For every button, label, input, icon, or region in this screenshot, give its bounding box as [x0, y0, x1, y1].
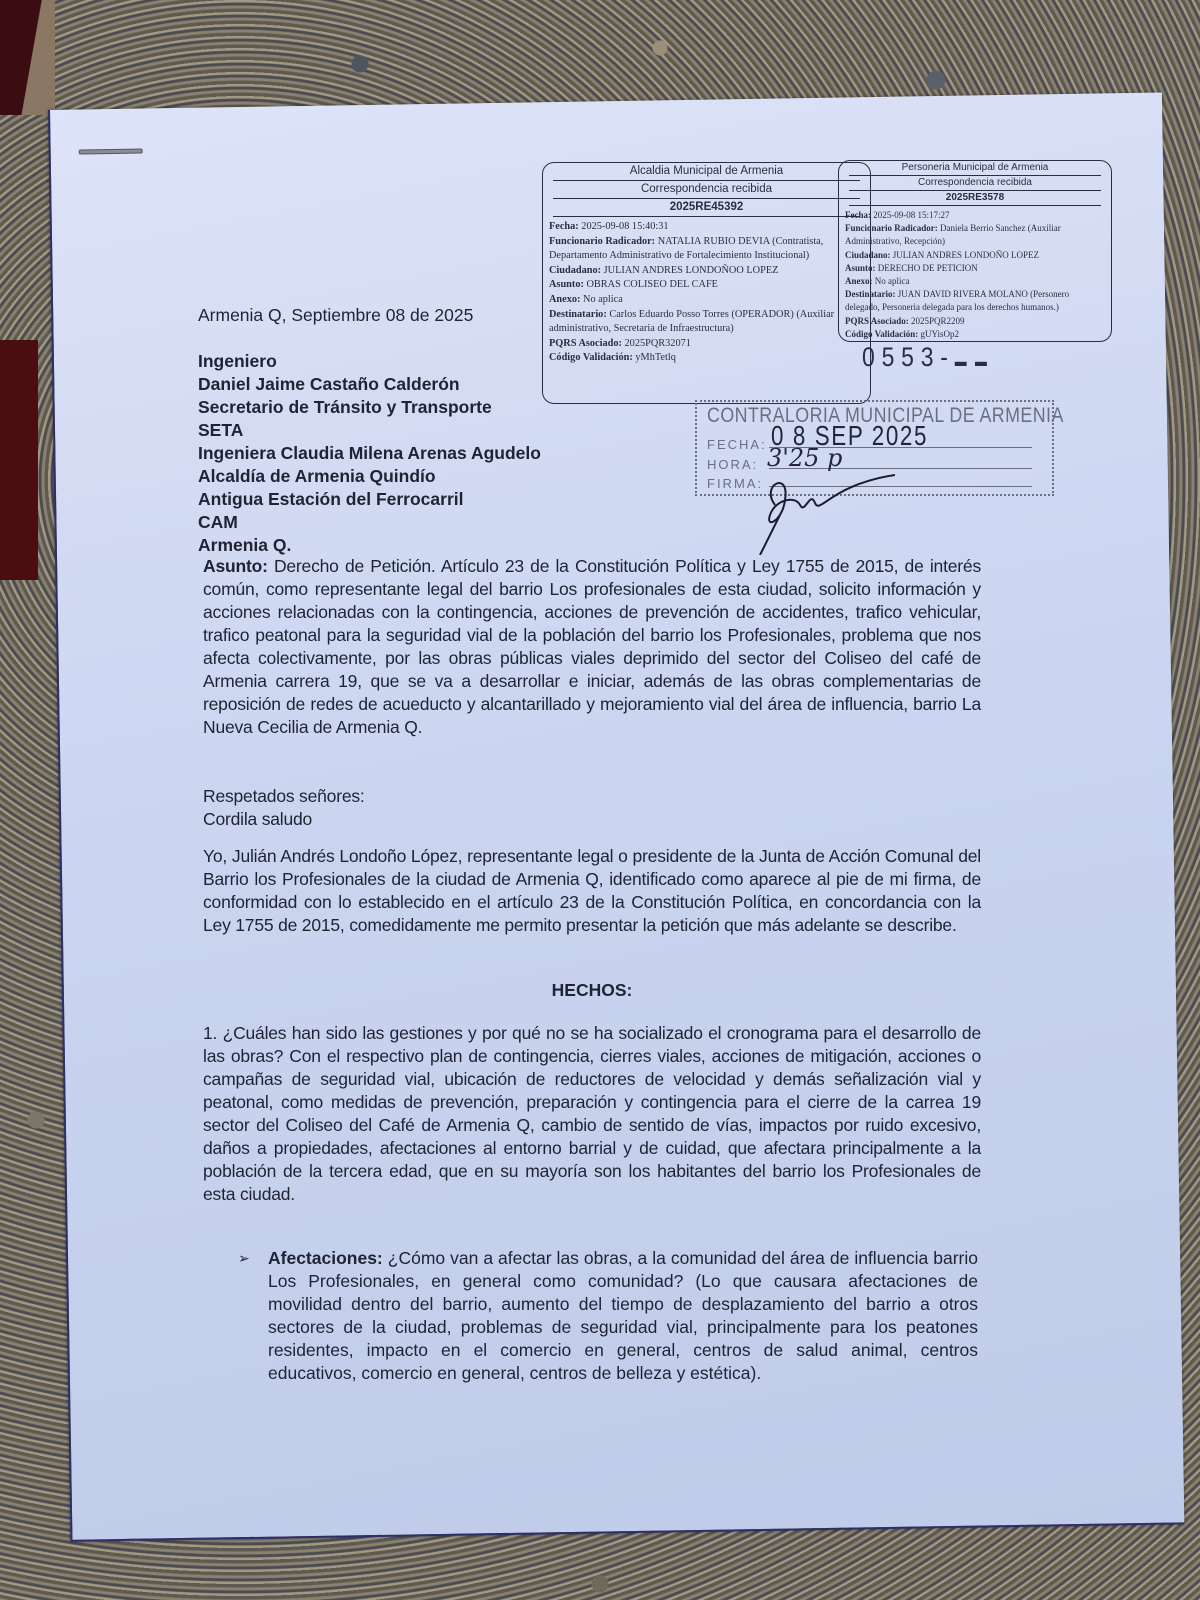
addressee-line: Ingeniero — [198, 350, 541, 373]
stamp-field-label: Código Validación: — [549, 352, 633, 363]
stamp-field: Código Validación: yMhTetlq — [549, 351, 864, 366]
stamp-field-label: Funcionario Radicador: — [549, 236, 655, 247]
subject-text: Derecho de Petición. Artículo 23 de la C… — [203, 556, 981, 737]
addressee-line: Secretario de Tránsito y Transporte — [198, 396, 541, 419]
stamp-field: Destinatario: Carlos Eduardo Posso Torre… — [549, 308, 864, 337]
stamp-field-label: Código Validación: — [845, 329, 918, 339]
stamp-number: 2025RE45392 — [553, 199, 860, 217]
stamp-field-label: Fecha: — [845, 210, 871, 220]
arrow-bullet-icon: ➢ — [238, 1247, 250, 1270]
signature-icon — [755, 445, 895, 555]
stamp-field-label: PQRS Asociado: — [549, 338, 622, 349]
addressee-line: Armenia Q. — [198, 534, 541, 557]
letter-content: Alcaldia Municipal de Armenia Correspond… — [50, 110, 1162, 1540]
stamp-field-label: Anexo: — [549, 294, 580, 305]
stamp-field: Anexo: No aplica — [845, 275, 1105, 288]
letter-page: Alcaldia Municipal de Armenia Correspond… — [48, 93, 1184, 1542]
stamp-fields: Fecha: 2025-09-08 15:40:31Funcionario Ra… — [543, 217, 870, 366]
stamp-field-value: No aplica — [872, 276, 909, 286]
addressee-line: Alcaldía de Armenia Quindío — [198, 465, 541, 488]
stamp-field-value: yMhTetlq — [633, 352, 676, 363]
stamp-subtitle: Correspondencia recibida — [553, 181, 860, 199]
stamp-field-value: 2025PQR2209 — [909, 316, 965, 326]
stamp-field-label: Asunto: — [845, 263, 876, 273]
addressee-line: Ingeniera Claudia Milena Arenas Agudelo — [198, 442, 541, 465]
stamp-field-label: Asunto: — [549, 279, 584, 290]
stamp-field-label: PQRS Asociado: — [845, 316, 909, 326]
stamp-field-label: Fecha: — [549, 221, 579, 232]
stamp-field: Código Validación: gUYisOp2 — [845, 328, 1105, 341]
radicado-number: 0553-▬ ▬ — [862, 342, 989, 373]
afectaciones-text: ¿Cómo van a afectar las obras, a la comu… — [268, 1248, 978, 1383]
stamp-alcaldia: Alcaldia Municipal de Armenia Correspond… — [542, 162, 871, 404]
background-red-object — [0, 340, 38, 580]
stamp-field-value: 2025PQR32071 — [622, 338, 691, 349]
stamp-field-value: gUYisOp2 — [918, 329, 959, 339]
stamp-field: Anexo: No aplica — [549, 293, 864, 308]
section-title: HECHOS: — [203, 980, 981, 1001]
stamp-entity: Alcaldia Municipal de Armenia — [553, 163, 860, 181]
stamp-field-value: 2025-09-08 15:17:27 — [871, 210, 950, 220]
stamp-field: PQRS Asociado: 2025PQR2209 — [845, 315, 1105, 328]
greeting-line-2: Cordila saludo — [203, 808, 981, 831]
stamp-subtitle: Correspondencia recibida — [849, 176, 1101, 191]
stamp-field: Asunto: DERECHO DE PETICION — [845, 262, 1105, 275]
stamp-personeria: Personeria Municipal de Armenia Correspo… — [838, 160, 1112, 342]
afectaciones-label: Afectaciones: — [268, 1248, 383, 1268]
afectaciones-bullet: ➢ Afectaciones: ¿Cómo van a afectar las … — [238, 1247, 978, 1385]
addressee-block: IngenieroDaniel Jaime Castaño CalderónSe… — [198, 350, 541, 557]
addressee-line: CAM — [198, 511, 541, 534]
addressee-line: Antigua Estación del Ferrocarril — [198, 488, 541, 511]
stamp-field-label: Ciudadano: — [845, 250, 891, 260]
stamp-field-value: No aplica — [580, 294, 622, 305]
stamp-field: Asunto: OBRAS COLISEO DEL CAFE — [549, 278, 864, 293]
hora-label: HORA: — [707, 457, 758, 472]
stamp-field: Funcionario Radicador: Daniela Berrio Sa… — [845, 222, 1105, 248]
subject-label: Asunto: — [203, 556, 268, 576]
stamp-field-value: DERECHO DE PETICION — [876, 263, 978, 273]
stamp-field: Destinatario: JUAN DAVID RIVERA MOLANO (… — [845, 288, 1105, 314]
stamp-field-value: 2025-09-08 15:40:31 — [579, 221, 669, 232]
stamp-field-value: JULIAN ANDRES LONDOÑOO LOPEZ — [601, 265, 778, 276]
stamp-field-value: JULIAN ANDRES LONDOÑO LOPEZ — [891, 250, 1040, 260]
stamp-field-label: Ciudadano: — [549, 265, 601, 276]
stamp-field-value: OBRAS COLISEO DEL CAFE — [584, 279, 718, 290]
greeting-line-1: Respetados señores: — [203, 785, 981, 808]
stamp-field: Ciudadano: JULIAN ANDRES LONDOÑO LOPEZ — [845, 249, 1105, 262]
stamp-field: Ciudadano: JULIAN ANDRES LONDOÑOO LOPEZ — [549, 264, 864, 279]
stamp-fields: Fecha: 2025-09-08 15:17:27Funcionario Ra… — [839, 206, 1111, 341]
stamp-entity: Personeria Municipal de Armenia — [849, 161, 1101, 176]
stamp-field-label: Destinatario: — [845, 289, 896, 299]
stamp-field: PQRS Asociado: 2025PQR32071 — [549, 337, 864, 352]
place-date: Armenia Q, Septiembre 08 de 2025 — [198, 305, 473, 326]
greeting: Respetados señores: Cordila saludo — [203, 785, 981, 831]
stamp-field: Fecha: 2025-09-08 15:17:27 — [845, 209, 1105, 222]
stamp-field-label: Funcionario Radicador: — [845, 223, 938, 233]
stamp-number: 2025RE3578 — [849, 191, 1101, 206]
stamp-field-label: Destinatario: — [549, 309, 607, 320]
stamp-field: Fecha: 2025-09-08 15:40:31 — [549, 220, 864, 235]
addressee-line: Daniel Jaime Castaño Calderón — [198, 373, 541, 396]
stamp-field-label: Anexo: — [845, 276, 873, 286]
hecho-1-paragraph: 1. ¿Cuáles han sido las gestiones y por … — [203, 1022, 981, 1206]
stamp-field: Funcionario Radicador: NATALIA RUBIO DEV… — [549, 235, 864, 264]
background-wood — [0, 0, 55, 115]
addressee-line: SETA — [198, 419, 541, 442]
intro-paragraph: Yo, Julián Andrés Londoño López, represe… — [203, 845, 981, 937]
subject-paragraph: Asunto: Derecho de Petición. Artículo 23… — [203, 555, 981, 739]
